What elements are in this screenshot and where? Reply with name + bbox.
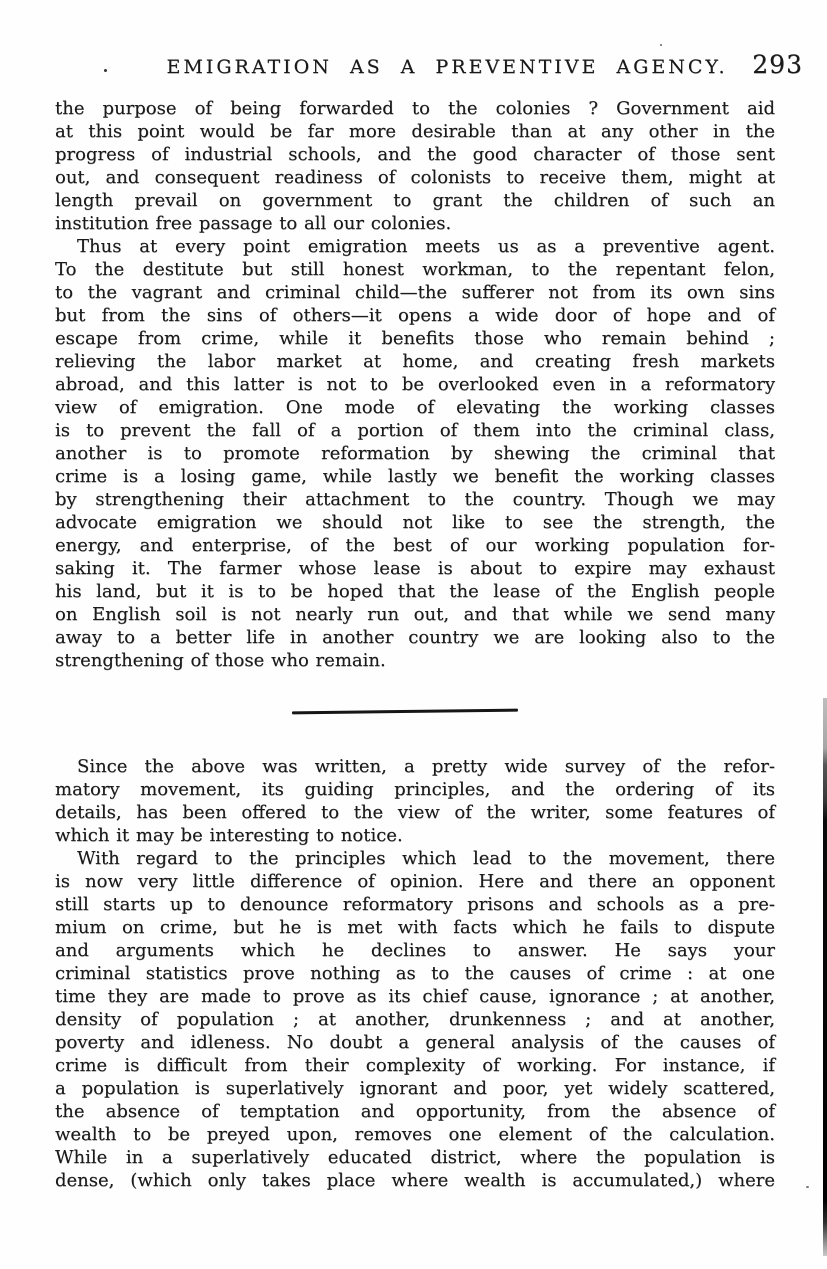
text-line: While in a superlatively educated distri… (55, 1146, 775, 1169)
page-number: 293 (752, 50, 803, 79)
text-line: which it may be interesting to notice. (55, 824, 775, 847)
paragraph: With regard to the principles which lead… (55, 847, 775, 1192)
text-line: a population is superlatively ignorant a… (55, 1077, 775, 1100)
text-column: EMIGRATION AS A PREVENTIVE AGENCY. 293 t… (55, 56, 775, 1192)
text-line: time they are made to prove as its chief… (55, 985, 775, 1008)
scan-edge-shadow (823, 698, 827, 1256)
text-line: at this point would be far more desirabl… (55, 120, 775, 143)
text-line: strengthening of those who remain. (55, 649, 775, 672)
text-line: out, and consequent readiness of colonis… (55, 166, 775, 189)
text-line: the purpose of being forwarded to the co… (55, 97, 775, 120)
text-line: dense, (which only takes place where wea… (55, 1169, 775, 1192)
text-line: is now very little difference of opinion… (55, 870, 775, 893)
text-line: poverty and idleness. No doubt a general… (55, 1031, 775, 1054)
text-line: to the vagrant and criminal child—the su… (55, 281, 775, 304)
paragraph: Thus at every point emigration meets us … (55, 235, 775, 672)
paragraph: Since the above was written, a pretty wi… (55, 755, 775, 847)
text-line: is to prevent the fall of a portion of t… (55, 419, 775, 442)
text-line: advocate emigration we should not like t… (55, 511, 775, 534)
text-line: To the destitute but still honest workma… (55, 258, 775, 281)
text-line: institution free passage to all our colo… (55, 212, 775, 235)
section-reformatory-survey: Since the above was written, a pretty wi… (55, 755, 775, 1192)
text-line: his land, but it is to be hoped that the… (55, 580, 775, 603)
text-line: by strengthening their attachment to the… (55, 488, 775, 511)
text-line: matory movement, its guiding principles,… (55, 778, 775, 801)
text-line: saking it. The farmer whose lease is abo… (55, 557, 775, 580)
text-line: another is to promote reformation by she… (55, 442, 775, 465)
section-emigration: the purpose of being forwarded to the co… (55, 97, 775, 672)
text-line: view of emigration. One mode of elevatin… (55, 396, 775, 419)
text-line: Since the above was written, a pretty wi… (55, 755, 775, 778)
text-line: density of population ; at another, drun… (55, 1008, 775, 1031)
text-line: criminal statistics prove nothing as to … (55, 962, 775, 985)
running-head: EMIGRATION AS A PREVENTIVE AGENCY. (87, 56, 807, 78)
text-line: crime is a losing game, while lastly we … (55, 465, 775, 488)
text-line: relieving the labor market at home, and … (55, 350, 775, 373)
text-line: mium on crime, but he is met with facts … (55, 916, 775, 939)
text-line: the absence of temptation and opportunit… (55, 1100, 775, 1123)
paragraph: the purpose of being forwarded to the co… (55, 97, 775, 235)
divider-rule (292, 709, 518, 714)
scan-speck (806, 1186, 809, 1188)
text-line: crime is difficult from their complexity… (55, 1054, 775, 1077)
text-line: but from the sins of others—it opens a w… (55, 304, 775, 327)
section-divider (55, 710, 775, 713)
text-line: abroad, and this latter is not to be ove… (55, 373, 775, 396)
text-line: on English soil is not nearly run out, a… (55, 603, 775, 626)
text-line: With regard to the principles which lead… (55, 847, 775, 870)
scan-speck (660, 44, 662, 46)
text-line: details, has been offered to the view of… (55, 801, 775, 824)
text-line: Thus at every point emigration meets us … (55, 235, 775, 258)
text-line: energy, and enterprise, of the best of o… (55, 534, 775, 557)
text-line: length prevail on government to grant th… (55, 189, 775, 212)
document-page: EMIGRATION AS A PREVENTIVE AGENCY. 293 t… (0, 0, 827, 1269)
text-line: wealth to be preyed upon, removes one el… (55, 1123, 775, 1146)
text-line: progress of industrial schools, and the … (55, 143, 775, 166)
text-line: escape from crime, while it benefits tho… (55, 327, 775, 350)
text-line: away to a better life in another country… (55, 626, 775, 649)
text-line: still starts up to denounce reformatory … (55, 893, 775, 916)
page-header: EMIGRATION AS A PREVENTIVE AGENCY. 293 (55, 56, 775, 80)
text-line: and arguments which he declines to answe… (55, 939, 775, 962)
